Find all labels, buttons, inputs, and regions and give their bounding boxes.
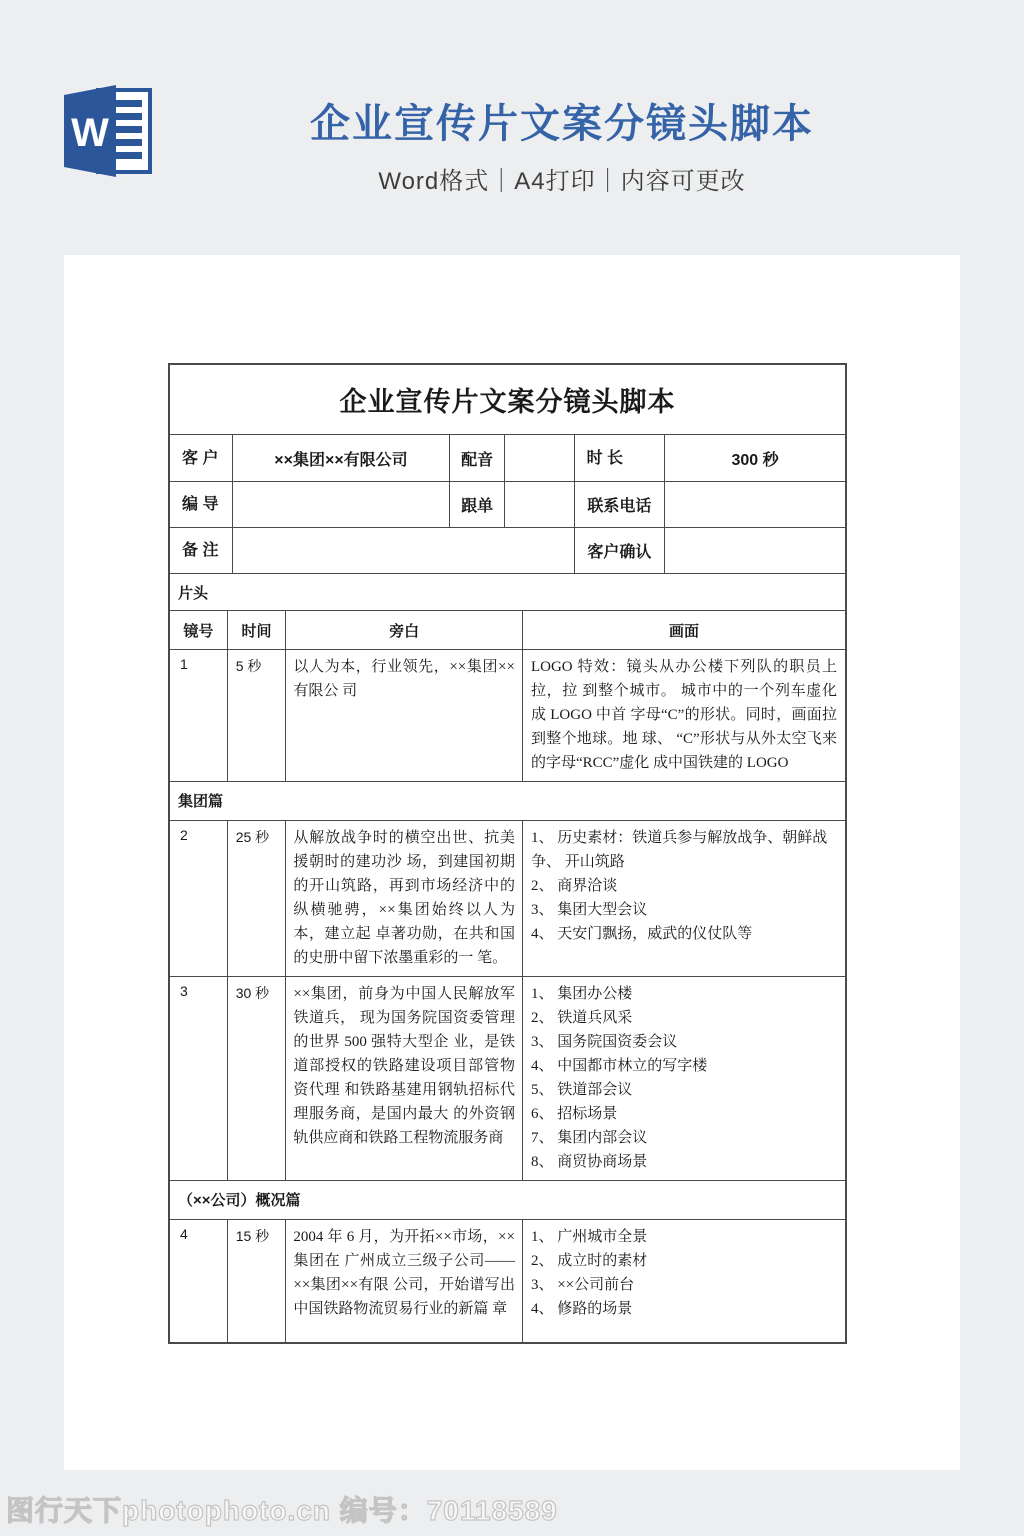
client-value-cell: ××集团××有限公司 (233, 435, 451, 481)
duration-value: 300 秒 (731, 447, 778, 470)
duration-label: 时 长 (575, 436, 635, 481)
info-row-notes: 备 注 客户确认 (170, 528, 845, 574)
col-header-narration: 旁白 (286, 611, 523, 649)
picture-item: 2、 商界洽谈 (531, 874, 837, 898)
shot-4-number: 4 (170, 1220, 228, 1342)
picture-item: 7、 集团内部会议 (531, 1126, 837, 1150)
col-header-time: 时间 (228, 611, 287, 649)
shot-1-picture: LOGO 特效：镜头从办公楼下列队的职员上拉，拉 到整个城市。 城市中的一个列车… (523, 650, 845, 781)
template-preview-page: { "colors": { "accent_blue": "#3563a8", … (0, 0, 1024, 1536)
voice-label-cell: 配音 (450, 435, 505, 481)
notes-label: 备 注 (170, 528, 230, 573)
picture-item: 6、 招标场景 (531, 1102, 837, 1126)
voice-label: 配音 (461, 447, 493, 470)
shot-row-2: 2 25 秒 从解放战争时的横空出世、抗美援朝时的建功沙 场，到建国初期的开山筑… (170, 821, 845, 977)
banner-title: 企业宣传片文案分镜头脚本 (210, 92, 914, 149)
confirm-label-cell: 客户确认 (575, 528, 665, 573)
col-header-shot: 镜号 (170, 611, 228, 649)
shot-1-narration: 以人为本，行业领先，××集团××有限公 司 (286, 650, 523, 781)
shot-row-4: 4 15 秒 2004 年 6 月，为开拓××市场，××集团在 广州成立三级子公… (170, 1220, 845, 1342)
table-title-row: 企业宣传片文案分镜头脚本 (170, 365, 845, 435)
shot-4-picture: 1、 广州城市全景 2、 成立时的素材 3、 ××公司前台 4、 修路的场景 (523, 1220, 845, 1342)
picture-item: 1、 广州城市全景 (531, 1225, 837, 1249)
voice-value-cell (505, 435, 575, 481)
shot-4-narration: 2004 年 6 月，为开拓××市场，××集团在 广州成立三级子公司——××集团… (286, 1220, 523, 1342)
duration-value-cell: 300 秒 (665, 435, 845, 481)
picture-item: 4、 天安门飘扬，威武的仪仗队等 (531, 922, 837, 946)
shot-row-3: 3 30 秒 ××集团，前身为中国人民解放军铁道兵， 现为国务院国资委管理的世界… (170, 977, 845, 1181)
section-opening: 片头 (170, 574, 845, 610)
follow-label-cell: 跟单 (450, 482, 505, 527)
shot-3-narration: ××集团，前身为中国人民解放军铁道兵， 现为国务院国资委管理的世界 500 强特… (286, 977, 523, 1180)
director-label-cell: 编 导 (170, 482, 233, 527)
site-watermark: 图行天下photophoto.cn 编号：70118589 (6, 1489, 558, 1529)
shot-3-time: 30 秒 (228, 977, 287, 1180)
follow-label: 跟单 (461, 493, 493, 516)
phone-label-cell: 联系电话 (575, 482, 665, 527)
section-group: 集团篇 (170, 782, 845, 820)
svg-text:W: W (71, 111, 109, 155)
picture-item: 2、 成立时的素材 (531, 1249, 837, 1273)
section-company: （××公司）概况篇 (170, 1181, 845, 1219)
document-page: 企业宣传片文案分镜头脚本 客 户 ××集团××有限公司 配音 时 长 300 秒… (64, 255, 960, 1470)
col-header-picture: 画面 (523, 611, 845, 649)
shot-row-1: 1 5 秒 以人为本，行业领先，××集团××有限公 司 LOGO 特效：镜头从办… (170, 650, 845, 782)
column-header-row: 镜号 时间 旁白 画面 (170, 611, 845, 650)
confirm-value-cell (665, 528, 845, 573)
notes-value-cell (233, 528, 575, 573)
banner-subtitle: Word格式｜A4打印｜内容可更改 (210, 161, 914, 196)
picture-item: 4、 中国都市林立的写字楼 (531, 1054, 837, 1078)
shot-3-number: 3 (170, 977, 228, 1180)
follow-value-cell (505, 482, 575, 527)
picture-item: 3、 ××公司前台 (531, 1273, 837, 1297)
shot-1-number: 1 (170, 650, 228, 781)
site-banner: W 企业宣传片文案分镜头脚本 Word格式｜A4打印｜内容可更改 (0, 0, 1024, 255)
phone-label: 联系电话 (587, 493, 651, 516)
director-label: 编 导 (170, 482, 230, 527)
shot-4-time: 15 秒 (228, 1220, 287, 1342)
picture-item: 3、 国务院国资委会议 (531, 1030, 837, 1054)
notes-label-cell: 备 注 (170, 528, 233, 573)
section-row-group: 集团篇 (170, 782, 845, 821)
director-value-cell (233, 482, 451, 527)
info-row-director: 编 导 跟单 联系电话 (170, 482, 845, 528)
picture-item: 8、 商贸协商场景 (531, 1150, 837, 1174)
phone-value-cell (665, 482, 845, 527)
picture-item: 5、 铁道部会议 (531, 1078, 837, 1102)
word-icon: W (62, 83, 154, 179)
shot-3-picture: 1、 集团办公楼 2、 铁道兵风采 3、 国务院国资委会议 4、 中国都市林立的… (523, 977, 845, 1180)
picture-item: 1、 集团办公楼 (531, 982, 837, 1006)
section-row-opening: 片头 (170, 574, 845, 611)
section-row-company: （××公司）概况篇 (170, 1181, 845, 1220)
picture-item: 1、 历史素材：铁道兵参与解放战争、朝鲜战争、 开山筑路 (531, 826, 837, 874)
picture-item: 4、 修路的场景 (531, 1297, 837, 1321)
confirm-label: 客户确认 (587, 539, 651, 562)
picture-item: 2、 铁道兵风采 (531, 1006, 837, 1030)
shot-2-number: 2 (170, 821, 228, 976)
duration-label-cell: 时 长 (575, 435, 665, 481)
shot-2-time: 25 秒 (228, 821, 287, 976)
storyboard-table: 企业宣传片文案分镜头脚本 客 户 ××集团××有限公司 配音 时 长 300 秒… (168, 363, 847, 1344)
picture-item: 3、 集团大型会议 (531, 898, 837, 922)
client-label-cell: 客 户 (170, 435, 233, 481)
shot-2-picture: 1、 历史素材：铁道兵参与解放战争、朝鲜战争、 开山筑路 2、 商界洽谈 3、 … (523, 821, 845, 976)
info-row-client: 客 户 ××集团××有限公司 配音 时 长 300 秒 (170, 435, 845, 482)
shot-2-narration: 从解放战争时的横空出世、抗美援朝时的建功沙 场，到建国初期的开山筑路，再到市场经… (286, 821, 523, 976)
banner-text: 企业宣传片文案分镜头脚本 Word格式｜A4打印｜内容可更改 (210, 92, 914, 196)
shot-1-time: 5 秒 (228, 650, 287, 781)
table-title: 企业宣传片文案分镜头脚本 (170, 365, 845, 434)
client-value: ××集团××有限公司 (274, 447, 407, 470)
client-label: 客 户 (170, 436, 230, 481)
